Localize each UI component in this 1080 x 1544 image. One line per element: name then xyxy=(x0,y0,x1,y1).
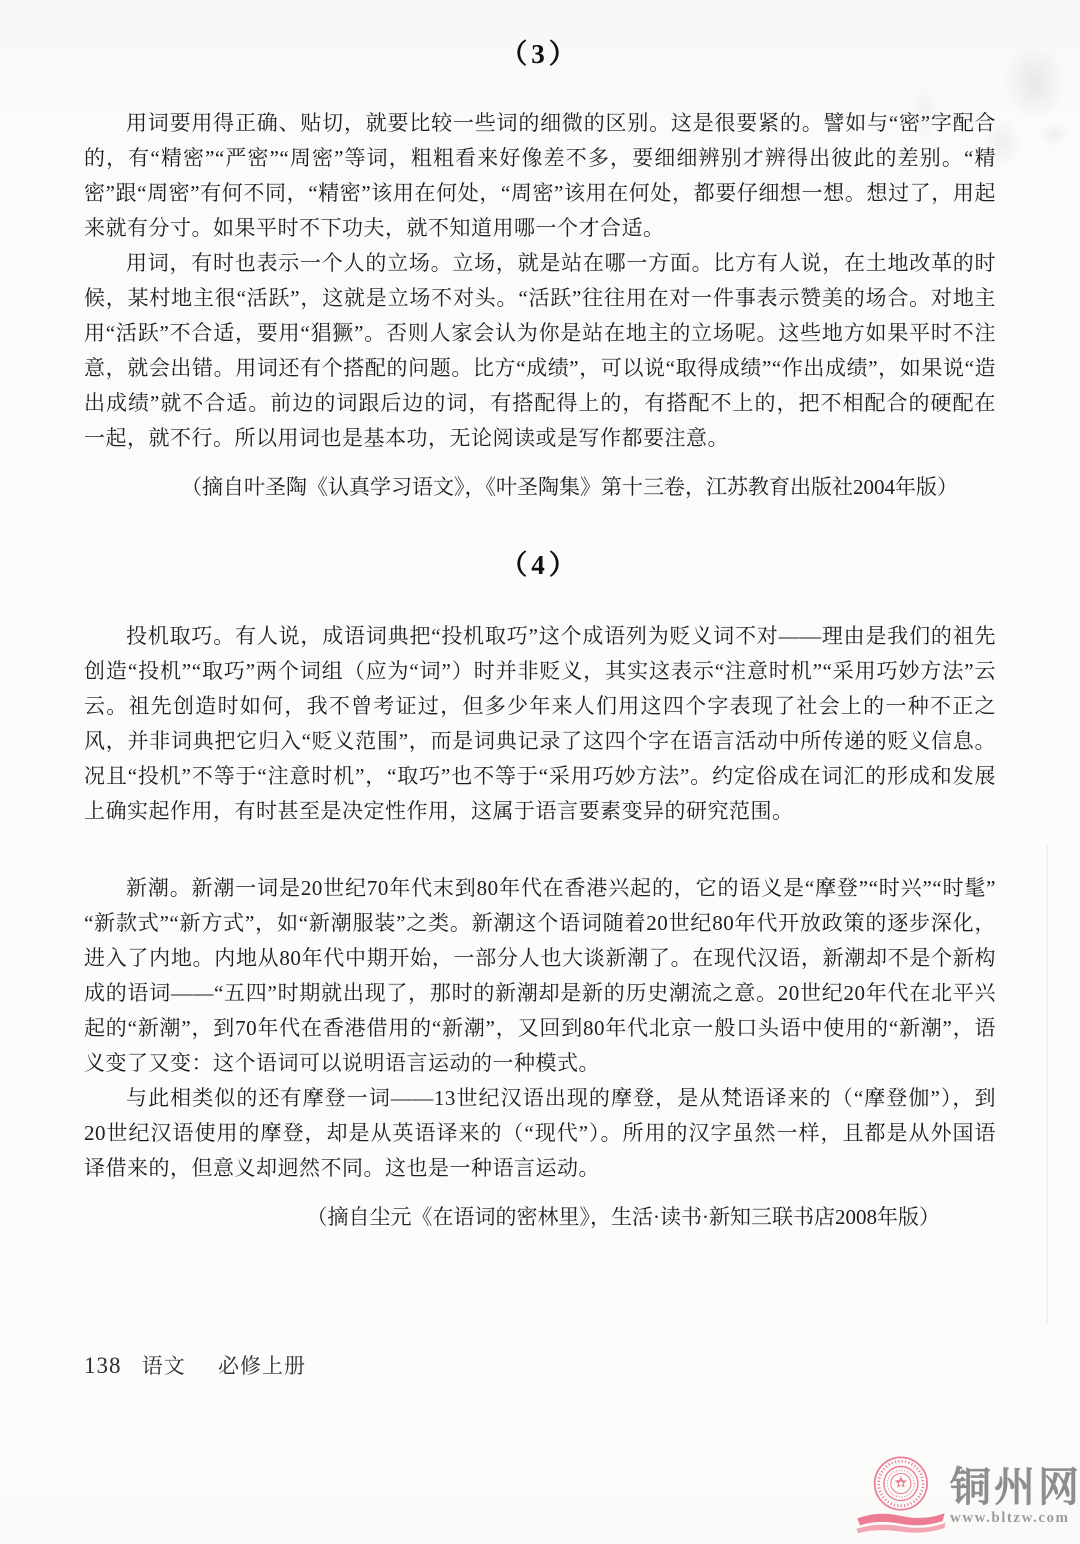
section-3-heading: （3） xyxy=(84,34,996,74)
section-3-paragraph-2: 用词，有时也表示一个人的立场。立场，就是站在哪一方面。比方有人说，在土地改革的时… xyxy=(84,246,996,456)
section-3: （3） 用词要用得正确、贴切，就要比较一些词的细微的区别。这是很要紧的。譬如与“… xyxy=(84,34,996,505)
section-4-attribution: （摘自尘元《在语词的密林里》，生活·读书·新知三联书店2008年版） xyxy=(84,1200,996,1235)
watermark-site-url: www.bltzw.com xyxy=(950,1510,1080,1527)
section-4: （4） 投机取巧。有人说，成语词典把“投机取巧”这个成语列为贬义词不对——理由是… xyxy=(84,545,996,1235)
watermark-text-block: 铜州网 www.bltzw.com xyxy=(950,1444,1080,1527)
section-4-paragraph-2: 新潮。新潮一词是20世纪70年代末到80年代在香港兴起的，它的语义是“摩登”“时… xyxy=(84,871,996,1081)
site-watermark: 铜州网 www.bltzw.com xyxy=(852,1444,1080,1544)
footer-volume: 必修上册 xyxy=(218,1354,306,1378)
section-4-heading: （4） xyxy=(84,545,996,585)
watermark-site-name: 铜州网 xyxy=(950,1466,1080,1508)
section-3-paragraph-1: 用词要用得正确、贴切，就要比较一些词的细微的区别。这是很要紧的。譬如与“密”字配… xyxy=(84,106,996,246)
section-4-paragraph-3: 与此相类似的还有摩登一词——13世纪汉语出现的摩登，是从梵语译来的（“摩登伽”）… xyxy=(84,1081,996,1186)
page-number: 138 xyxy=(84,1353,122,1378)
section-3-attribution: （摘自叶圣陶《认真学习语文》，《叶圣陶集》第十三卷，江苏教育出版社2004年版） xyxy=(84,470,996,505)
watermark-seal-icon xyxy=(852,1444,948,1544)
page-footer: 138 语文 必修上册 xyxy=(84,1350,306,1380)
textbook-page: （3） 用词要用得正确、贴切，就要比较一些词的细微的区别。这是很要紧的。譬如与“… xyxy=(0,0,1080,1544)
page-content: （3） 用词要用得正确、贴切，就要比较一些词的细微的区别。这是很要紧的。譬如与“… xyxy=(0,0,1080,1235)
section-4-paragraph-1: 投机取巧。有人说，成语词典把“投机取巧”这个成语列为贬义词不对——理由是我们的祖… xyxy=(84,619,996,829)
footer-subject: 语文 xyxy=(142,1354,186,1378)
